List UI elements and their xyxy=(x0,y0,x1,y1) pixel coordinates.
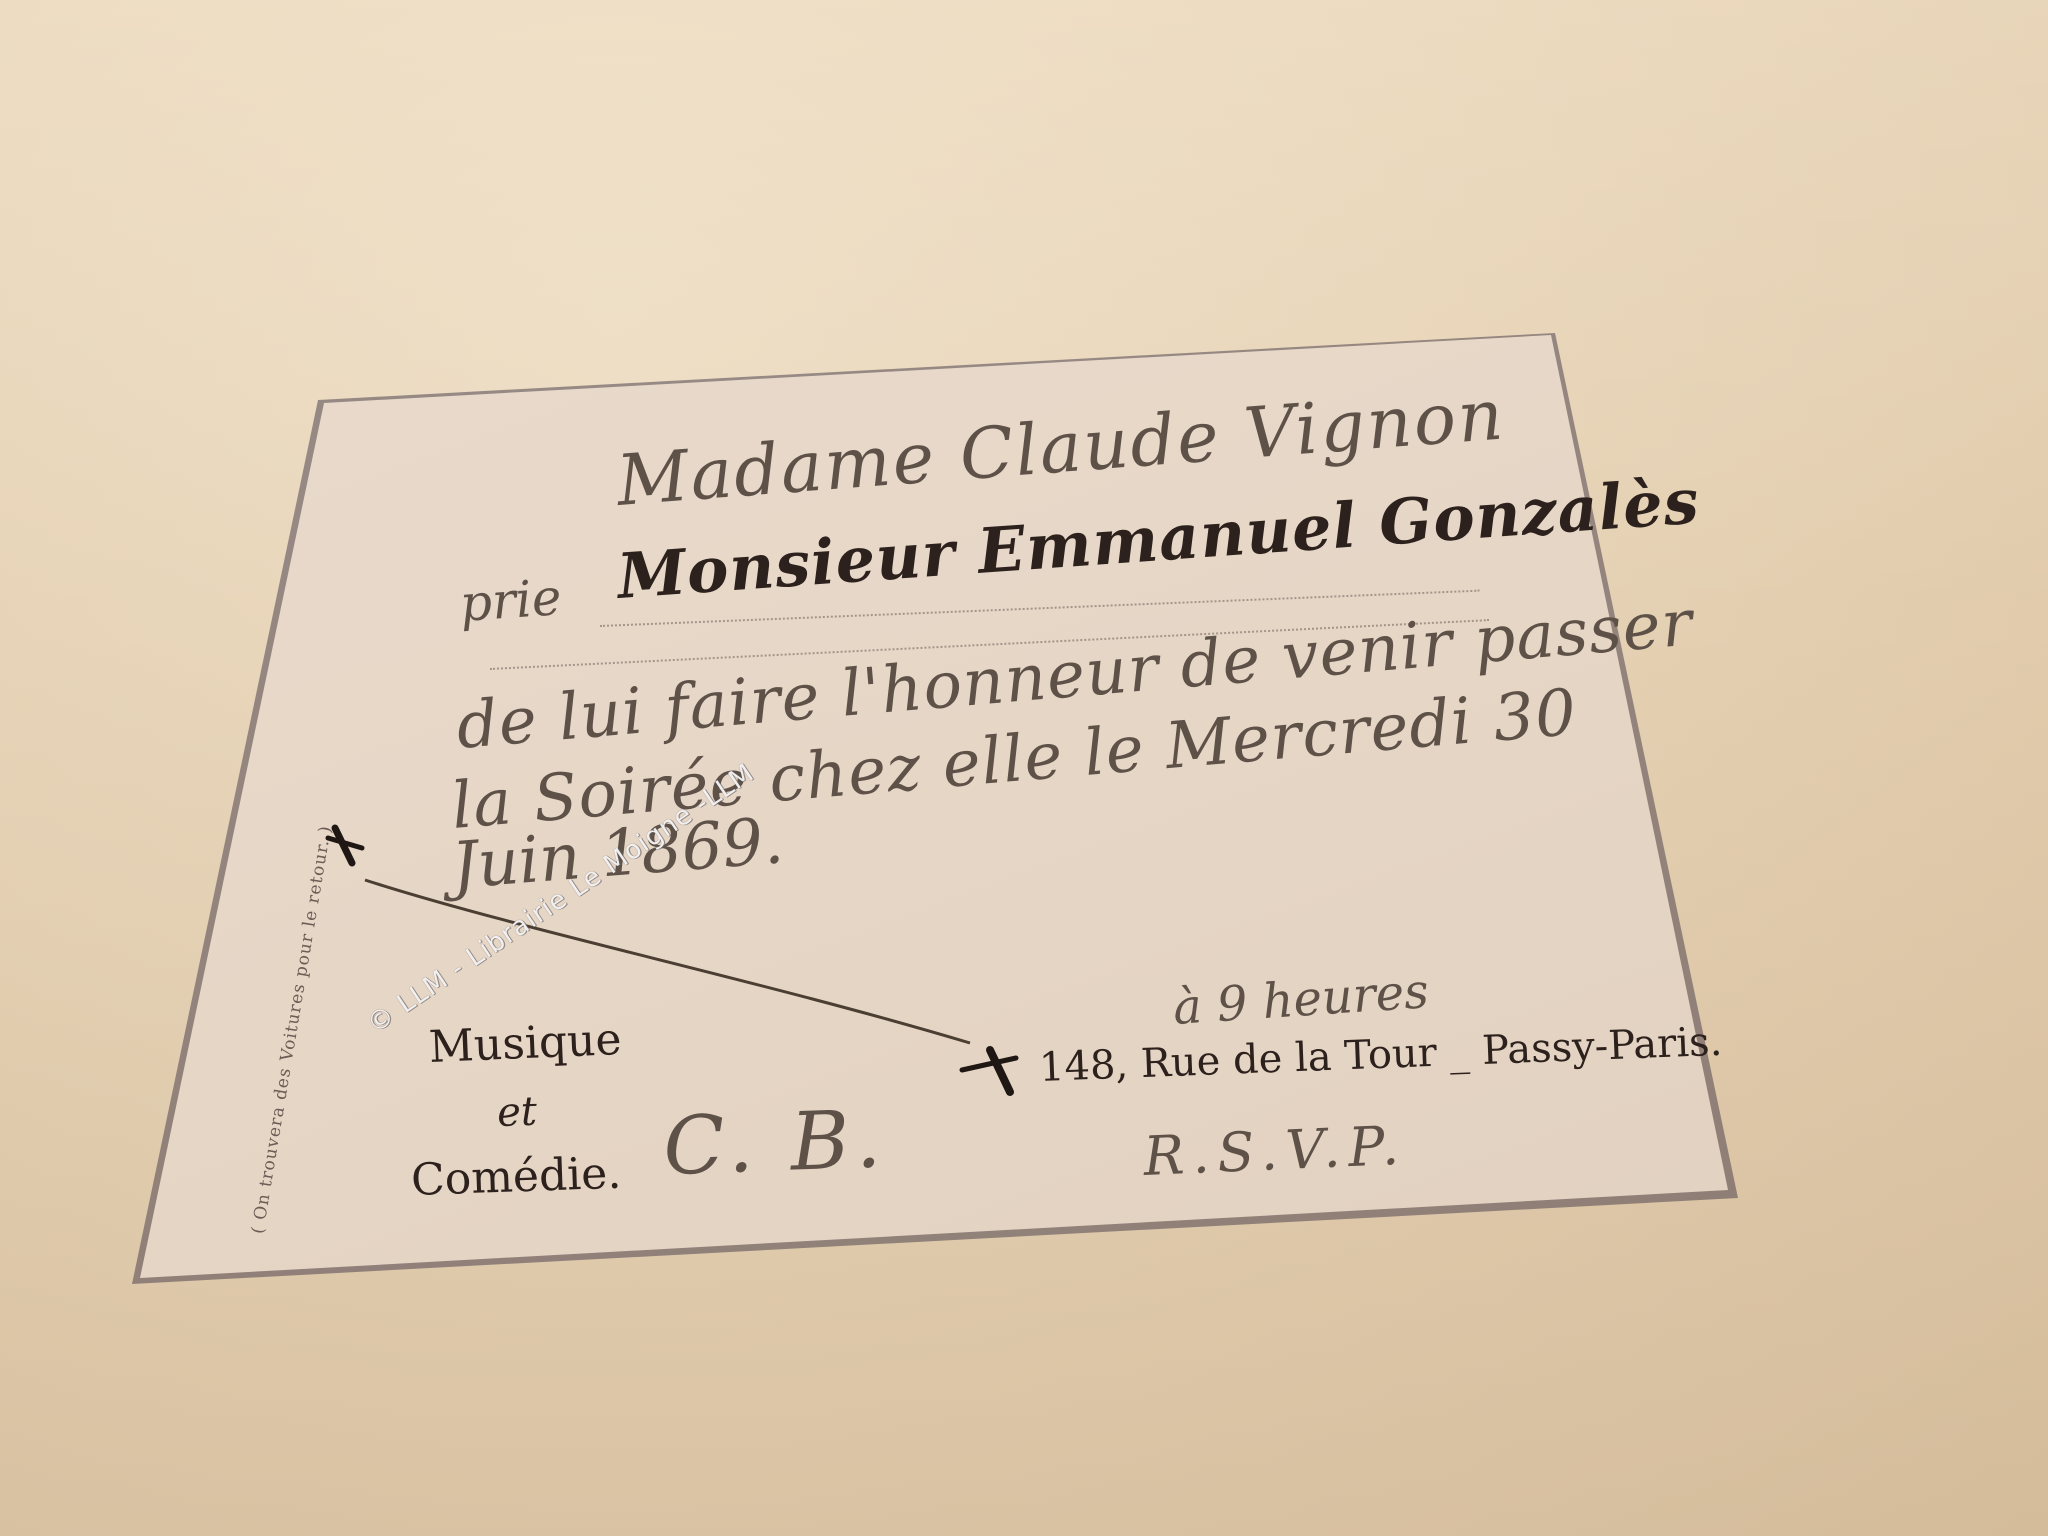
program-et: et xyxy=(496,1089,537,1136)
program-musique: Musique xyxy=(428,1014,623,1073)
host-initials: C. B. xyxy=(662,1092,889,1193)
rsvp: R.S.V.P. xyxy=(1142,1114,1408,1188)
request-word: prie xyxy=(458,568,563,633)
program-comedie: Comédie. xyxy=(410,1148,622,1206)
